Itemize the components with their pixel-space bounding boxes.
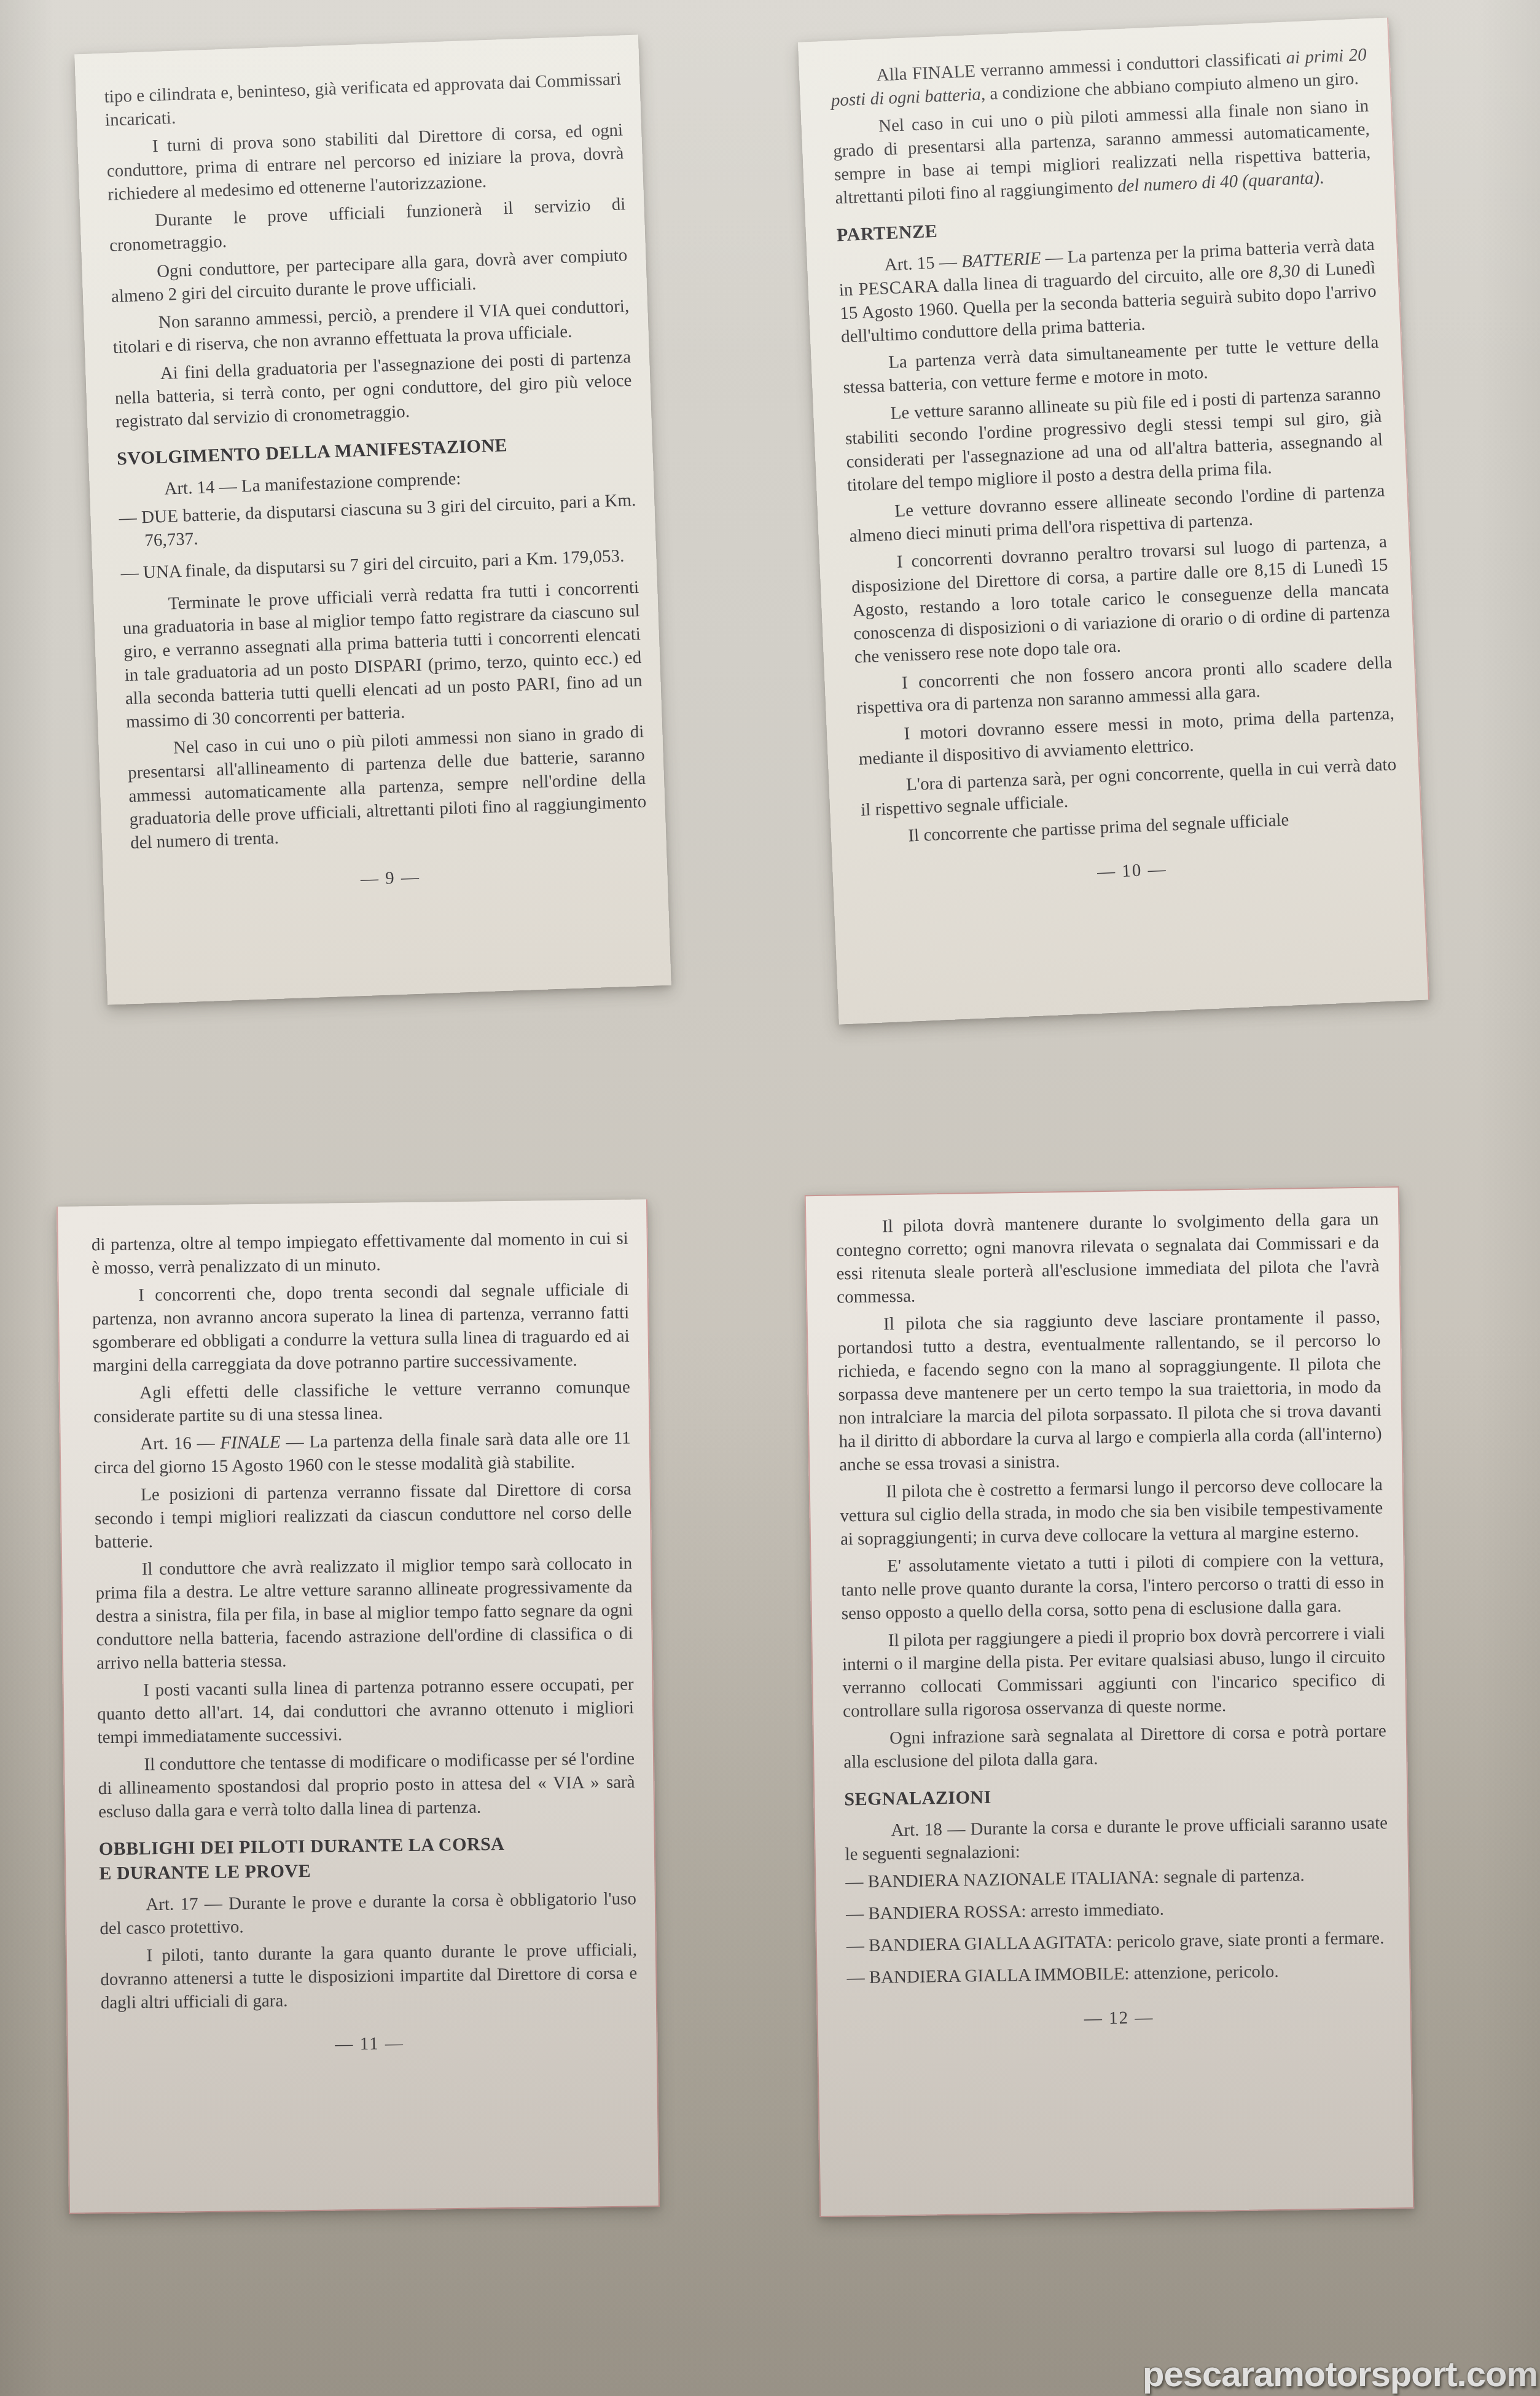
paragraph: — BANDIERA ROSSA: arresto immediato. <box>846 1894 1389 1925</box>
paragraph: Nel caso in cui uno o più piloti ammessi… <box>127 720 647 855</box>
paragraph: — BANDIERA NAZIONALE ITALIANA: segnale d… <box>845 1862 1388 1893</box>
page-11: di partenza, oltre al tempo impiegato ef… <box>57 1199 660 2214</box>
paragraph: Art. 17 — Durante le prove e durante la … <box>100 1887 637 1940</box>
paragraph: Nel caso in cui uno o più piloti ammessi… <box>832 94 1372 209</box>
paragraph: Il pilota per raggiungere a piedi il pro… <box>842 1621 1386 1723</box>
paragraph: Il pilota che sia raggiunto deve lasciar… <box>837 1305 1383 1476</box>
paragraph: Il conduttore che tentasse di modificare… <box>98 1747 635 1824</box>
section-heading: SEGNALAZIONI <box>844 1779 1387 1812</box>
paragraph: di partenza, oltre al tempo impiegato ef… <box>92 1227 629 1280</box>
paragraph: Art. 15 — BATTERIE — La partenza per la … <box>837 233 1378 348</box>
paragraph: Art. 18 — Durante la corsa e durante le … <box>845 1811 1388 1866</box>
paragraph: Il conduttore che avrà realizzato il mig… <box>95 1552 633 1675</box>
page-number: — 9 — <box>131 858 649 899</box>
paragraph: — BANDIERA GIALLA IMMOBILE: attenzione, … <box>846 1958 1390 1989</box>
page-body: Alla FINALE verranno ammessi i conduttor… <box>830 43 1401 893</box>
album-photo: tipo e cilindrata e, beninteso, già veri… <box>0 0 1540 2396</box>
page-body: Il pilota dovrà mantenere durante lo svo… <box>835 1207 1391 2034</box>
paragraph: I posti vacanti sulla linea di partenza … <box>96 1673 634 1750</box>
page-number: — 10 — <box>863 848 1401 894</box>
paragraph: — BANDIERA GIALLA AGITATA: pericolo grav… <box>846 1926 1390 1957</box>
paragraph: Agli effetti delle classifiche le vettur… <box>93 1376 631 1429</box>
page-10: Alla FINALE verranno ammessi i conduttor… <box>798 18 1429 1025</box>
paragraph: E' assolutamente vietato a tutti i pilot… <box>840 1547 1385 1625</box>
page-number: — 11 — <box>101 2029 638 2059</box>
page-body: di partenza, oltre al tempo impiegato ef… <box>92 1227 638 2059</box>
paragraph: Il pilota dovrà mantenere durante lo svo… <box>835 1207 1380 1309</box>
paragraph: Le posizioni di partenza verranno fissat… <box>95 1478 632 1554</box>
page-number: — 12 — <box>847 2002 1390 2034</box>
section-heading: OBBLIGHI DEI PILOTI DURANTE LA CORSA E D… <box>99 1830 636 1886</box>
paragraph: Art. 16 — FINALE — La partenza della fin… <box>94 1427 631 1480</box>
paragraph: I turni di prova sono stabiliti dal Dire… <box>106 118 625 206</box>
paragraph: Ogni infrazione sarà segnalata al Dirett… <box>843 1719 1387 1774</box>
paragraph: I concorrenti che, dopo trenta secondi d… <box>92 1278 630 1378</box>
paragraph: Le vetture saranno allineate su più file… <box>844 382 1385 497</box>
page-body: tipo e cilindrata e, beninteso, già veri… <box>104 67 649 899</box>
page-12: Il pilota dovrà mantenere durante lo svo… <box>805 1186 1415 2217</box>
watermark: pescaramotorsport.com <box>1143 2354 1538 2395</box>
page-9: tipo e cilindrata e, beninteso, già veri… <box>74 34 671 1004</box>
paragraph: Il pilota che è costretto a fermarsi lun… <box>840 1473 1384 1551</box>
paragraph: I piloti, tanto durante la gara quanto d… <box>100 1938 638 2014</box>
paragraph: Ai fini della graduatoria per l'assegnaz… <box>114 345 633 433</box>
paragraph: I concorrenti dovranno peraltro trovarsi… <box>850 530 1391 668</box>
paragraph: Terminate le prove ufficiali verrà redat… <box>122 576 643 734</box>
